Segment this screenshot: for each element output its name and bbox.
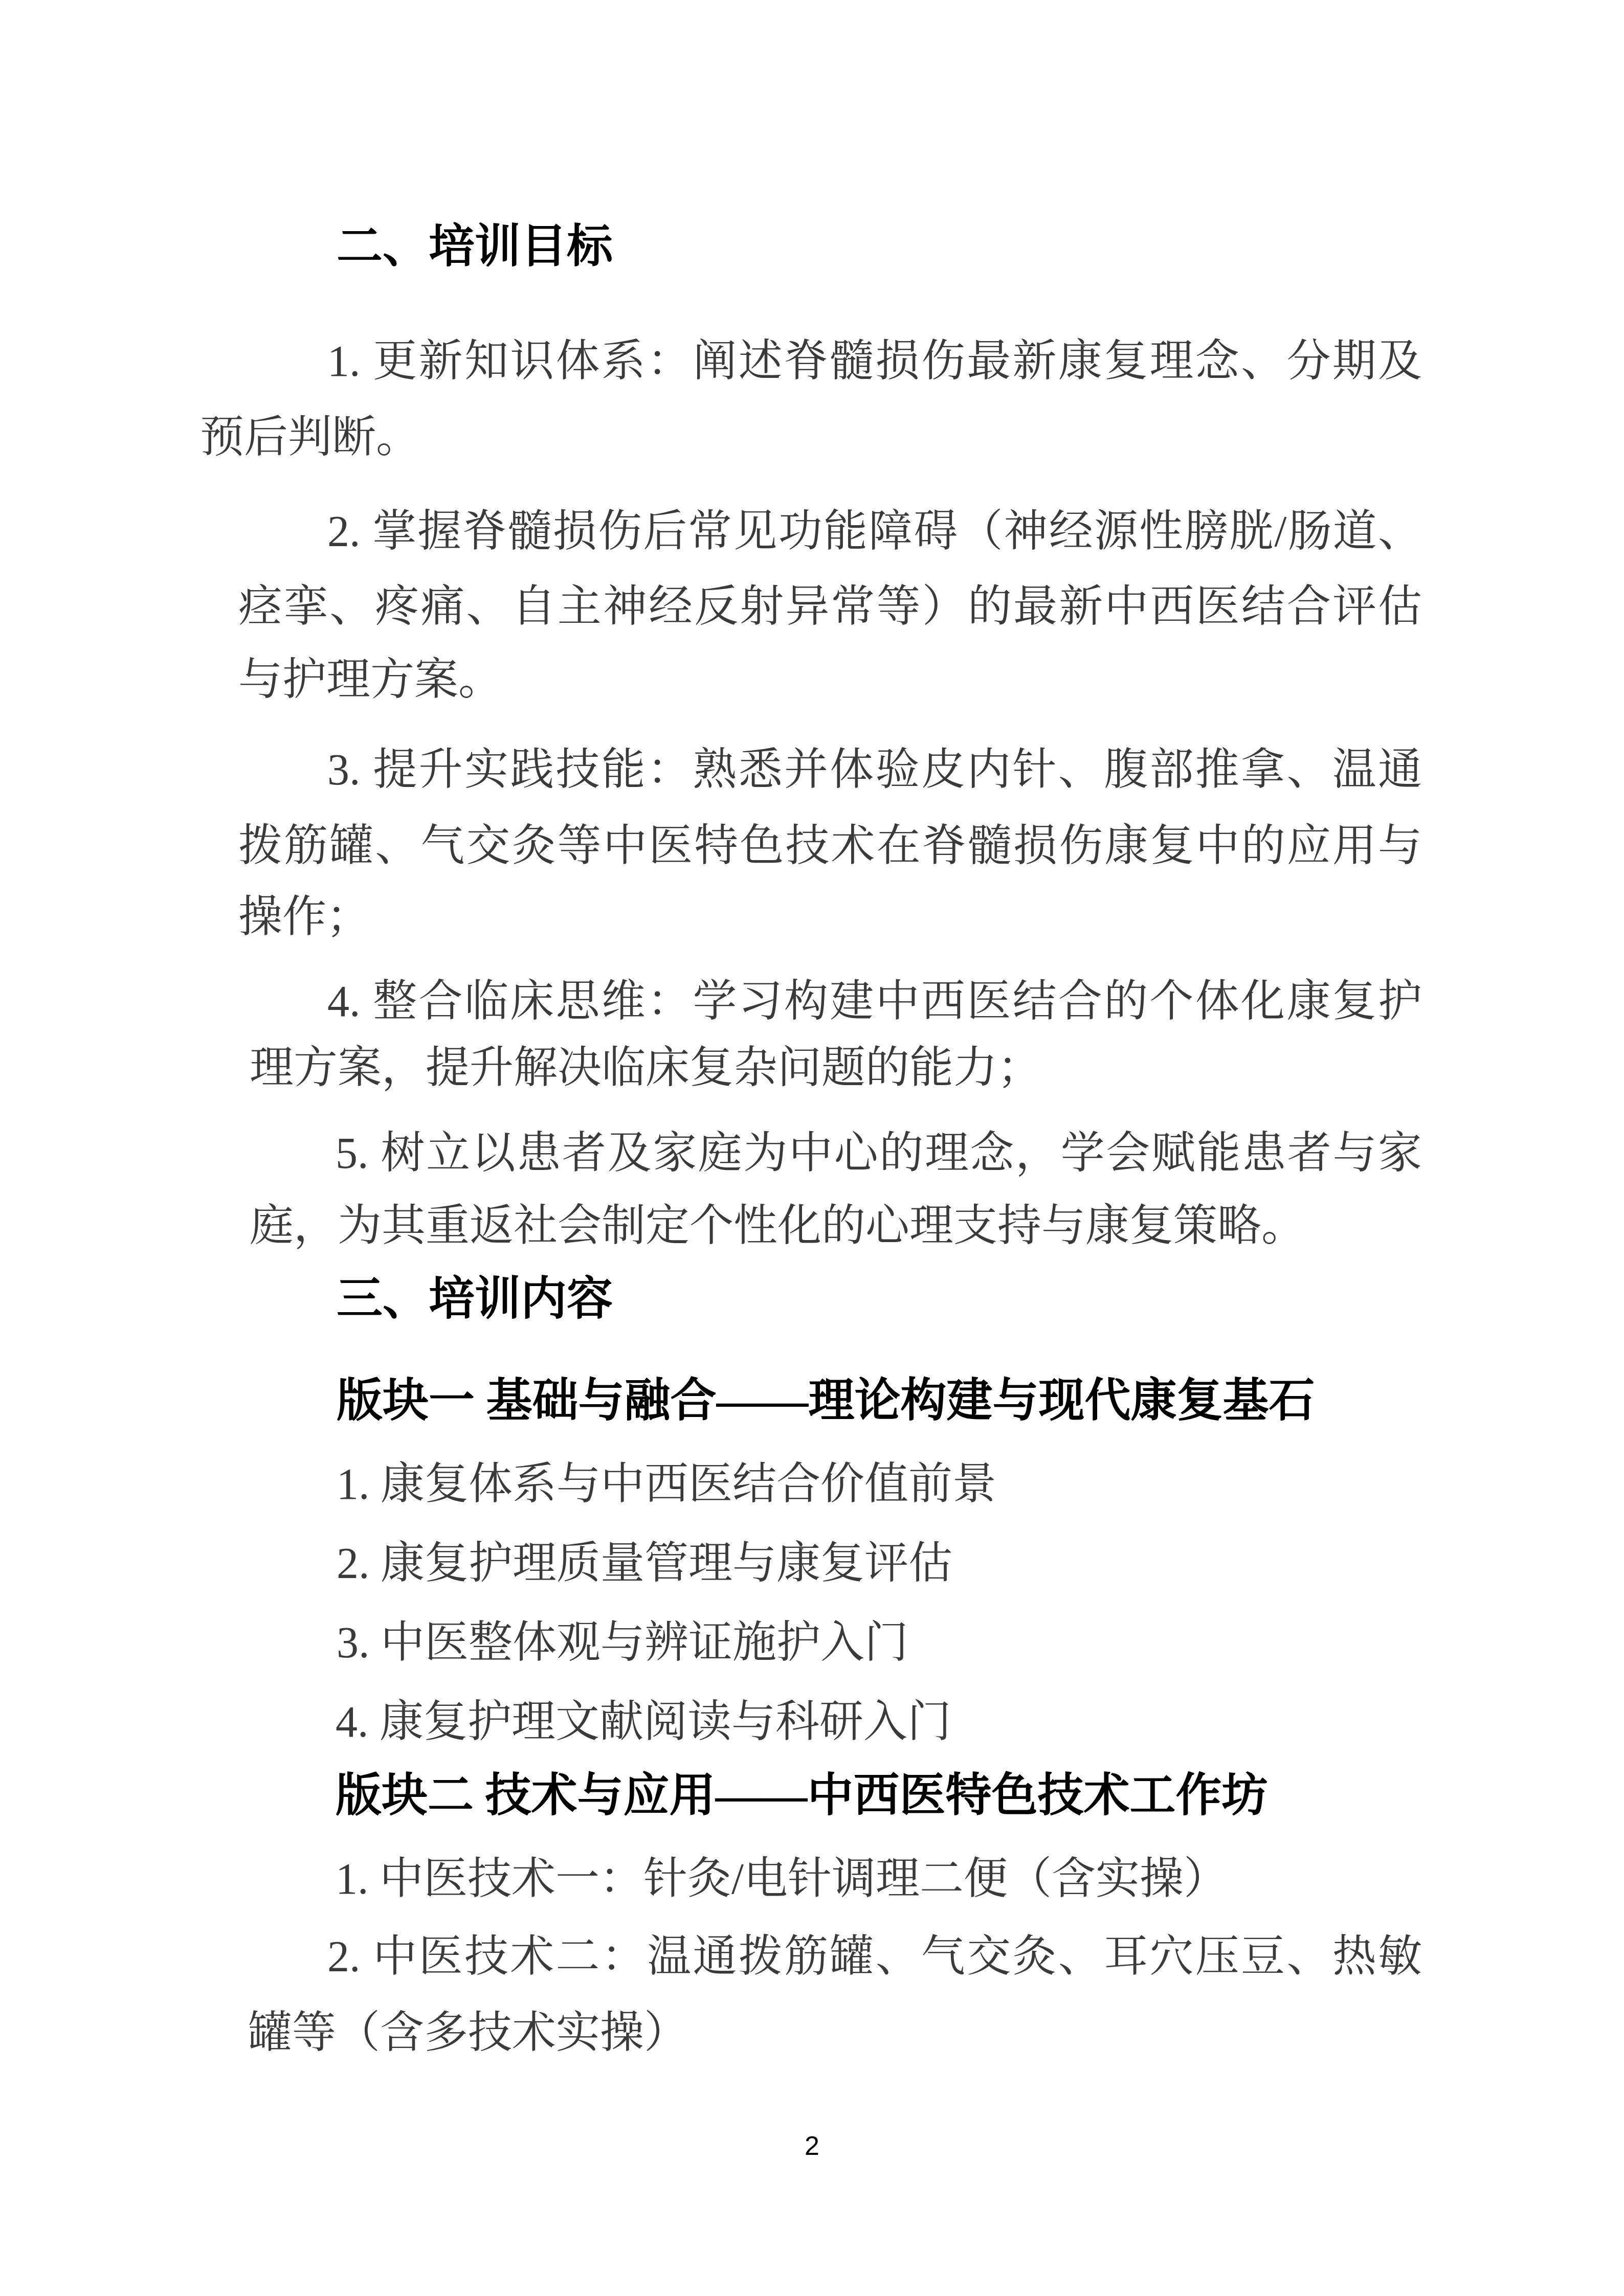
goal-1-line-1: 1. 更新知识体系：阐述脊髓损伤最新康复理念、分期及 [327, 337, 1422, 385]
module-2-item-2-line-2: 罐等（含多技术实操） [248, 2009, 688, 2057]
goal-2-line-3: 与护理方案。 [238, 656, 502, 704]
module-1-item-4: 4. 康复护理文献阅读与科研入门 [336, 1698, 951, 1746]
goal-3-line-3: 操作； [238, 893, 370, 941]
module-2-item-2-line-1: 2. 中医技术二：温通拨筋罐、气交灸、耳穴压豆、热敏 [327, 1933, 1422, 1980]
goal-4-line-1: 4. 整合临床思维：学习构建中西医结合的个体化康复护 [327, 978, 1422, 1025]
module-1-item-2: 2. 康复护理质量管理与康复评估 [337, 1540, 952, 1587]
module-1-item-1: 1. 康复体系与中西医结合价值前景 [337, 1460, 996, 1508]
goal-2-line-2: 痉挛、疼痛、自主神经反射异常等）的最新中西医结合评估 [238, 583, 1422, 631]
goal-4-line-2: 理方案，提升解决临床复杂问题的能力； [250, 1044, 1041, 1092]
goal-3-line-1: 3. 提升实践技能：熟悉并体验皮内针、腹部推拿、温通 [327, 746, 1422, 794]
document-page: 二、培训目标 1. 更新知识体系：阐述脊髓损伤最新康复理念、分期及 预后判断。 … [0, 0, 1624, 2296]
page-number: 2 [0, 2131, 1624, 2162]
module-2-item-1: 1. 中医技术一：针灸/电针调理二便（含实操） [336, 1855, 1228, 1903]
section-heading-training-content: 三、培训内容 [337, 1274, 613, 1324]
goal-5-line-2: 庭，为其重返社会制定个性化的心理支持与康复策略。 [250, 1202, 1305, 1250]
goal-1-line-2: 预后判断。 [200, 414, 420, 461]
module-1-heading: 版块一 基础与融合——理论构建与现代康复基石 [337, 1376, 1315, 1426]
goal-2-line-1: 2. 掌握脊髓损伤后常见功能障碍（神经源性膀胱/肠道、 [327, 508, 1422, 555]
section-heading-training-goals: 二、培训目标 [337, 222, 613, 272]
module-2-heading: 版块二 技术与应用——中西医特色技术工作坊 [336, 1771, 1268, 1820]
module-1-item-3: 3. 中医整体观与辨证施护入门 [337, 1619, 908, 1667]
goal-3-line-2: 拨筋罐、气交灸等中医特色技术在脊髓损伤康复中的应用与 [238, 822, 1422, 870]
goal-5-line-1: 5. 树立以患者及家庭为中心的理念，学会赋能患者与家 [336, 1130, 1422, 1177]
